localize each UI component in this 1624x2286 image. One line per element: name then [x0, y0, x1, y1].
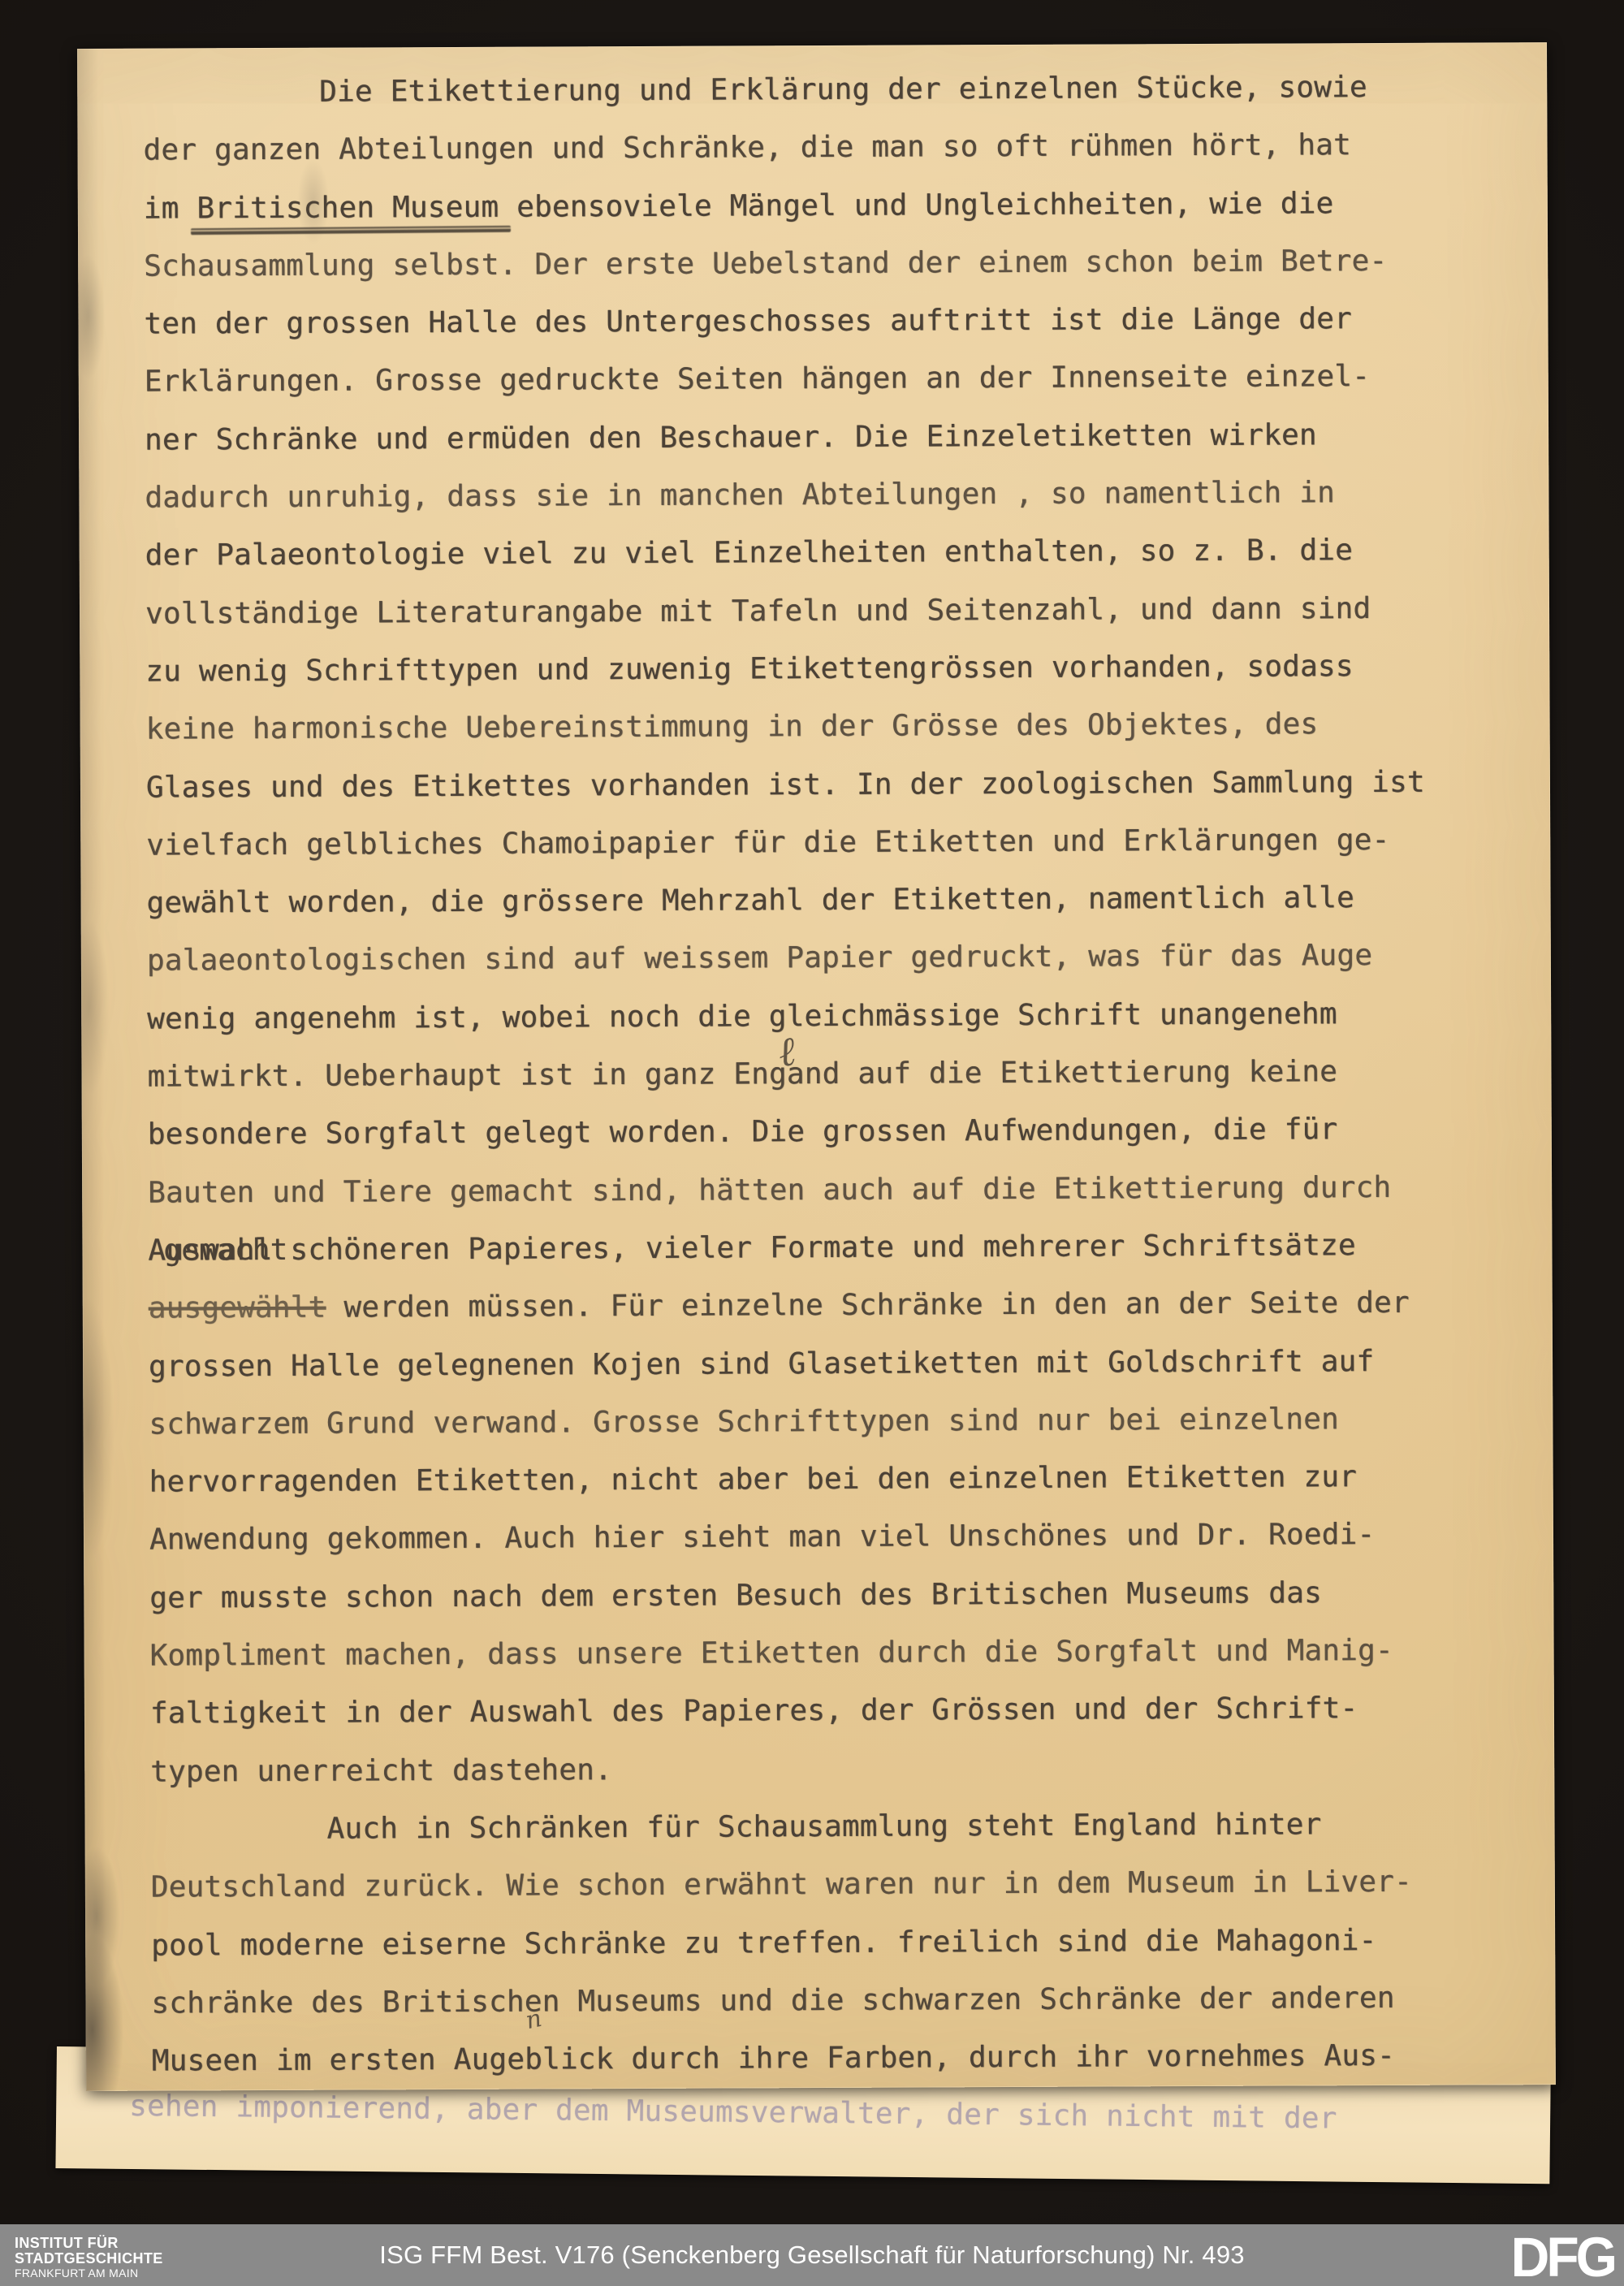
struck-text: ausgewählt: [149, 1291, 326, 1325]
typewriter-line: schwarzem Grund verwand. Grosse Schriftt…: [149, 1389, 1513, 1454]
text-block: Die Etikettierung und Erklärung der einz…: [143, 58, 1516, 2090]
typewriter-line: dadurch unruhig, dass sie in manchen Abt…: [145, 463, 1509, 527]
dfg-logo: DFG: [1511, 2224, 1614, 2286]
typewriter-line: ausgewählt werden müssen. Für einzelne S…: [149, 1274, 1513, 1338]
typewriter-line: ger musste schon nach dem ersten Besuch …: [149, 1563, 1514, 1627]
interlinear-insertion-gemacht: gemacht: [163, 1234, 287, 1268]
text-segment: der Palaeontologie viel zu viel Einzelhe…: [145, 534, 1354, 573]
text-segment: Kompliment machen, dass unsere Etiketten…: [150, 1634, 1393, 1673]
text-segment: ger musste schon nach dem ersten Besuch …: [149, 1576, 1322, 1614]
typewriter-line: grossen Halle gelegnenen Kojen sind Glas…: [149, 1332, 1513, 1396]
text-segment: Auswahl schöneren Papieres, vieler Forma…: [148, 1229, 1356, 1267]
typewriter-line: ten der grossen Halle des Untergeschosse…: [144, 290, 1508, 354]
typewriter-line: der Palaeontologie viel zu viel Einzelhe…: [145, 521, 1510, 586]
typewriter-line: Deutschland zurück. Wie schon erwähnt wa…: [151, 1852, 1515, 1917]
text-segment: ebensoviele Mängel und Ungleichheiten, w…: [499, 187, 1333, 223]
typewriter-line: pool moderne eiserne Schränke zu treffen…: [151, 1911, 1515, 1975]
typewriter-line: ner Schränke und ermüden den Beschauer. …: [145, 405, 1509, 469]
archive-footer-bar: INSTITUT FÜR STADTGESCHICHTE FRANKFURT A…: [0, 2224, 1624, 2286]
typewriter-line: besondere Sorgfalt gelegt worden. Die gr…: [148, 1100, 1512, 1165]
text-segment: Bauten und Tiere gemacht sind, hätten au…: [148, 1171, 1391, 1210]
text-segment: hervorragenden Etiketten, nicht aber bei…: [149, 1460, 1358, 1498]
typewriter-line: wenig angenehm ist, wobei noch die gleic…: [147, 984, 1511, 1048]
faded-typewriter-line: sehen imponierend, aber dem Museumsverwa…: [129, 2089, 1337, 2136]
text-segment: wenig angenehm ist, wobei noch die gleic…: [147, 997, 1337, 1035]
text-segment: werden müssen. Für einzelne Schränke in …: [326, 1286, 1409, 1324]
text-segment: keine harmonische Uebereinstimmung in de…: [146, 708, 1319, 746]
text-segment: typen unerreicht dastehen.: [150, 1753, 612, 1788]
text-segment: pool moderne eiserne Schränke zu treffen…: [151, 1924, 1376, 1963]
text-segment: Anwendung gekommen. Auch hier sieht man …: [149, 1518, 1375, 1557]
typewriter-line: vielfach gelbliches Chamoipapier für die…: [146, 810, 1510, 875]
text-segment: ten der grossen Halle des Untergeschosse…: [144, 302, 1352, 340]
text-segment: im: [144, 192, 197, 225]
typewriter-line: der ganzen Abteilungen und Schränke, die…: [143, 116, 1507, 180]
typewriter-line: im Britischen Museum ebensoviele Mängel …: [144, 174, 1508, 238]
underlined-text: Britischen Museum: [197, 178, 499, 237]
typewriter-line: Erklärungen. Grosse gedruckte Seiten hän…: [145, 348, 1509, 412]
typewriter-line: keine harmonische Uebereinstimmung in de…: [146, 695, 1510, 759]
typewriter-line: mitwirkt. Ueberhaupt ist in ganz Engand …: [147, 1042, 1511, 1106]
typewriter-line: palaeontologischen sind auf weissem Papi…: [147, 927, 1511, 991]
text-segment: schränke des Britischen Museums und die …: [151, 1981, 1394, 2020]
typewriter-line: zu wenig Schrifttypen und zuwenig Etiket…: [145, 637, 1510, 701]
text-segment: Deutschland zurück. Wie schon erwähnt wa…: [151, 1865, 1412, 1904]
text-segment: vollständige Literaturangabe mit Tafeln …: [145, 592, 1371, 631]
text-segment: dadurch unruhig, dass sie in manchen Abt…: [145, 476, 1335, 514]
typewriter-line: Die Etikettierung und Erklärung der einz…: [143, 58, 1507, 122]
text-segment: mitwirkt. Ueberhaupt ist in ganz Engand …: [147, 1055, 1337, 1093]
text-segment: der ganzen Abteilungen und Schränke, die…: [143, 128, 1351, 166]
typewriter-line: vollständige Literaturangabe mit Tafeln …: [145, 579, 1510, 643]
archive-reference: ISG FFM Best. V176 (Senckenberg Gesellsc…: [0, 2224, 1624, 2286]
text-segment: Erklärungen. Grosse gedruckte Seiten hän…: [145, 361, 1370, 400]
text-segment: ner Schränke und ermüden den Beschauer. …: [145, 418, 1317, 456]
text-segment: gewählt worden, die grössere Mehrzahl de…: [147, 881, 1355, 919]
typewriter-line: Auswahl schöneren Papieres, vieler Forma…: [148, 1216, 1512, 1280]
typewriter-line: schränke des Britischen Museums und die …: [151, 1968, 1515, 2033]
typewriter-line: Kompliment machen, dass unsere Etiketten…: [149, 1621, 1514, 1685]
typewriter-line: gewählt worden, die grössere Mehrzahl de…: [146, 868, 1510, 932]
typewriter-line: faltigkeit in der Auswahl des Papieres, …: [150, 1679, 1514, 1744]
typewriter-line: hervorragenden Etiketten, nicht aber bei…: [149, 1447, 1514, 1511]
typewriter-line: Glases und des Etikettes vorhanden ist. …: [146, 753, 1510, 817]
text-segment: besondere Sorgfalt gelegt worden. Die gr…: [148, 1113, 1338, 1152]
typewriter-line: Auch in Schränken für Schausammlung steh…: [150, 1795, 1514, 1859]
text-segment: Glases und des Etikettes vorhanden ist. …: [146, 765, 1425, 804]
typewriter-line: typen unerreicht dastehen.: [150, 1737, 1514, 1801]
text-segment: Schausammlung selbst. Der erste Uebelsta…: [144, 244, 1387, 283]
text-segment: Auch in Schränken für Schausammlung steh…: [326, 1808, 1321, 1845]
typewriter-line: Schausammlung selbst. Der erste Uebelsta…: [144, 231, 1508, 296]
text-segment: grossen Halle gelegnenen Kojen sind Glas…: [149, 1345, 1374, 1384]
typewriter-line: Anwendung gekommen. Auch hier sieht man …: [149, 1506, 1514, 1570]
text-segment: palaeontologischen sind auf weissem Papi…: [147, 940, 1372, 979]
text-segment: schwarzem Grund verwand. Grosse Schriftt…: [149, 1402, 1339, 1441]
document-page: Die Etikettierung und Erklärung der einz…: [77, 42, 1556, 2091]
text-segment: zu wenig Schrifttypen und zuwenig Etiket…: [145, 650, 1354, 688]
typewriter-line: Bauten und Tiere gemacht sind, hätten au…: [148, 1158, 1512, 1222]
text-segment: Museen im ersten Augeblick durch ihre Fa…: [152, 2039, 1395, 2078]
text-segment: Die Etikettierung und Erklärung der einz…: [319, 71, 1367, 109]
typewriter-line: Museen im ersten Augeblick durch ihre Fa…: [152, 2026, 1516, 2090]
text-segment: vielfach gelbliches Chamoipapier für die…: [146, 823, 1389, 862]
text-segment: faltigkeit in der Auswahl des Papieres, …: [150, 1692, 1358, 1730]
